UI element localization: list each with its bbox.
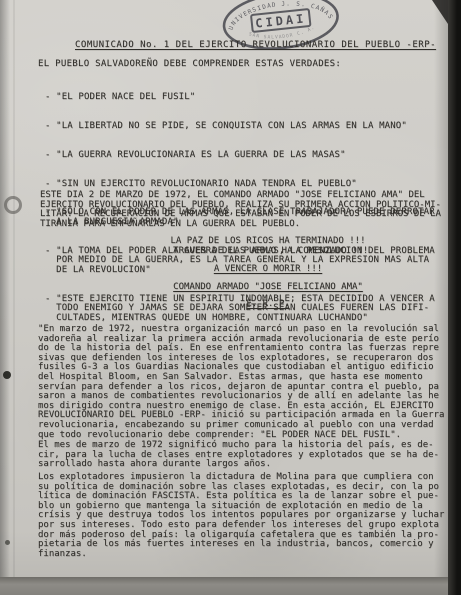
section-header-text: E. R. P. (246, 299, 289, 309)
intro-line: EL PUEBLO SALVADOREÑO DEBE COMPRENDER ES… (38, 60, 341, 70)
body-paragraph: El mes de marzo de 1972 significó mucho … (38, 441, 439, 470)
scanned-document-page: UNIVERSIDAD J. S. CAÑAS SAN SALVADOR C. … (0, 0, 461, 595)
scan-edge-right (448, 0, 461, 595)
ink-fleck-mark (5, 540, 10, 545)
section-header-comando: COMANDO ARMADO "JOSE FELICIANO AMA" (88, 283, 448, 293)
scanner-bed-strip (0, 577, 461, 595)
paper-crease (13, 0, 15, 577)
hole-punch-dot-mark (3, 371, 11, 379)
document-title: COMUNICADO No. 1 DEL EJERCITO REVOLUCION… (75, 41, 436, 51)
verdad-item: - "EL PODER NACE DEL FUSIL" (45, 93, 435, 103)
announcement-paragraph: ESTE DIA 2 DE MARZO DE 1972, EL COMANDO … (40, 191, 441, 229)
verdad-item: - "LA GUERRA REVOLUCIONARIA ES LA GUERRA… (45, 151, 435, 161)
hole-punch-ring-mark (4, 196, 22, 214)
slogan-lines: LA PAZ DE LOS RICOS HA TERMINADO !!! LA … (88, 237, 448, 256)
section-header-text: A VENCER O MORIR !!! (214, 264, 322, 274)
section-header-vencer: A VENCER O MORIR !!! (88, 265, 448, 275)
section-header-text: COMANDO ARMADO "JOSE FELICIANO AMA" (173, 282, 363, 292)
page-corner-fold (432, 0, 448, 24)
section-header-erp: E. R. P. (88, 300, 448, 310)
body-paragraph: "En marzo de 1972, nuestra organización … (38, 325, 444, 440)
body-paragraph: Los explotadores impusieron la dictadura… (38, 473, 444, 559)
verdad-item: - "LA LIBERTAD NO SE PIDE, SE CONQUISTA … (45, 122, 435, 132)
verdad-item: - "SIN UN EJERCITO REVOLUCIONARIO NADA T… (45, 180, 435, 190)
